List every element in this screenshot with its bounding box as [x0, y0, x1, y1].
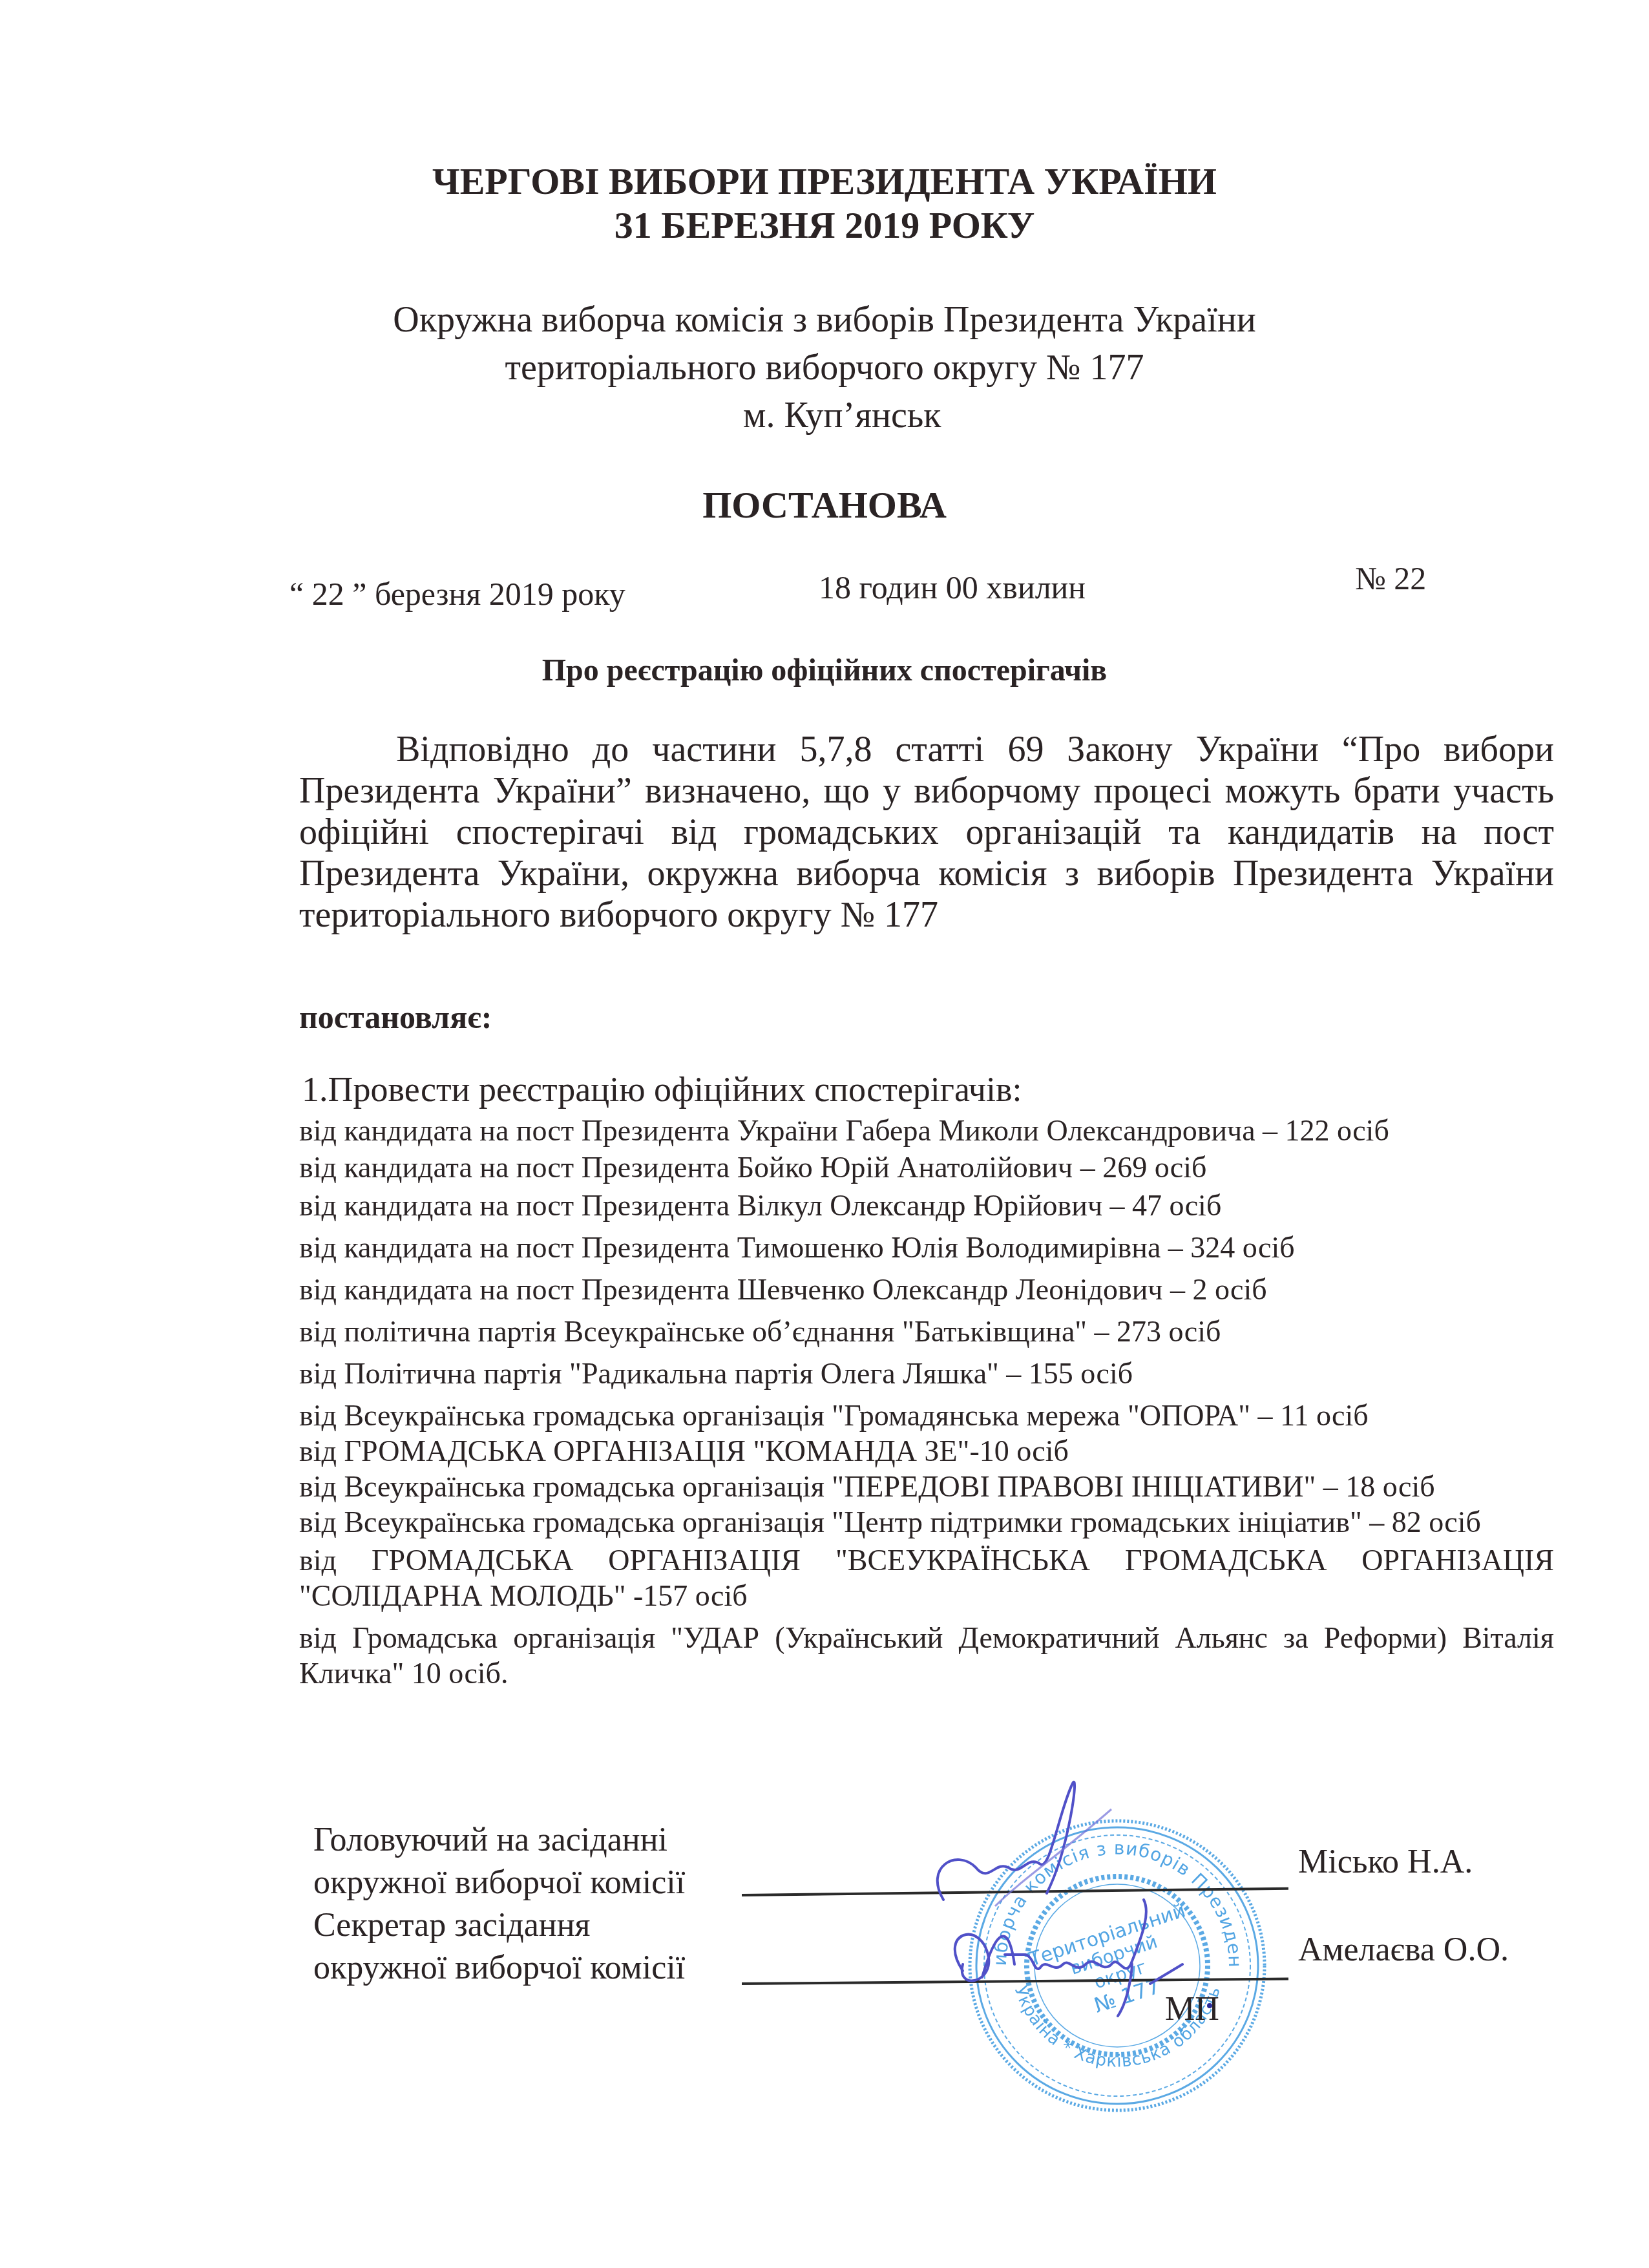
preamble-paragraph: Відповідно до частини 5,7,8 статті 69 За…	[299, 729, 1554, 936]
list-item: від Всеукраїнська громадська організація…	[299, 1469, 1554, 1504]
list-item: від кандидата на пост Президента Тимошен…	[299, 1230, 1554, 1265]
item1-heading: 1.Провести реєстрацію офіційних спостері…	[302, 1069, 1022, 1109]
list-item: від ГРОМАДСЬКА ОРГАНІЗАЦІЯ "КОМАНДА ЗЕ"-…	[299, 1433, 1554, 1469]
observers-list: від кандидата на пост Президента України…	[299, 1113, 1554, 1691]
district-name: територіального виборчого округу № 177	[0, 344, 1649, 392]
chair-signature	[918, 1770, 1137, 1913]
list-item: від кандидата на пост Президента Бойко Ю…	[299, 1150, 1554, 1185]
secretary-name: Амелаєва О.О.	[1298, 1931, 1509, 1969]
list-item: від Політична партія "Радикальна партія …	[299, 1356, 1554, 1391]
secretary-label-line2: окружної виборчої комісії	[313, 1947, 685, 1990]
document-time: 18 годин 00 хвилин	[819, 569, 1086, 606]
list-item: від Всеукраїнська громадська організація…	[299, 1398, 1554, 1433]
signature-labels: Головуючий на засіданні окружної виборчо…	[313, 1819, 685, 1990]
seal-mark: МП	[1165, 1990, 1219, 2028]
election-title: ЧЕРГОВІ ВИБОРИ ПРЕЗИДЕНТА УКРАЇНИ	[0, 160, 1649, 203]
commission-name: Окружна виборча комісія з виборів Презид…	[0, 296, 1649, 344]
secretary-label-line1: Секретар засідання	[313, 1904, 685, 1947]
list-item: від політична партія Всеукраїнське об’єд…	[299, 1314, 1554, 1349]
document-number: № 22	[1355, 560, 1426, 597]
chair-label-line1: Головуючий на засіданні	[313, 1819, 685, 1862]
city-name: м. Куп’янськ	[743, 392, 941, 439]
document-subject: Про реєстрацію офіційних спостерігачів	[0, 653, 1649, 688]
list-item: від Громадська організація "УДАР (Україн…	[299, 1620, 1554, 1691]
list-item: від Всеукраїнська громадська організація…	[299, 1504, 1554, 1540]
list-item: від кандидата на пост Президента Шевченк…	[299, 1272, 1554, 1307]
resolves-heading: постановляє:	[299, 998, 492, 1036]
ink-dot	[1207, 2003, 1212, 2008]
list-item: від кандидата на пост Президента України…	[299, 1113, 1554, 1148]
document-date: “ 22 ” березня 2019 року	[289, 575, 625, 613]
chair-name: Місько Н.А.	[1298, 1843, 1473, 1881]
list-item: від кандидата на пост Президента Вілкул …	[299, 1188, 1554, 1223]
document-type: ПОСТАНОВА	[0, 483, 1649, 527]
election-date-title: 31 БЕРЕЗНЯ 2019 РОКУ	[0, 204, 1649, 247]
list-item: від ГРОМАДСЬКА ОРГАНІЗАЦІЯ "ВСЕУКРАЇНСЬК…	[299, 1542, 1554, 1613]
chair-label-line2: окружної виборчої комісії	[313, 1862, 685, 1904]
